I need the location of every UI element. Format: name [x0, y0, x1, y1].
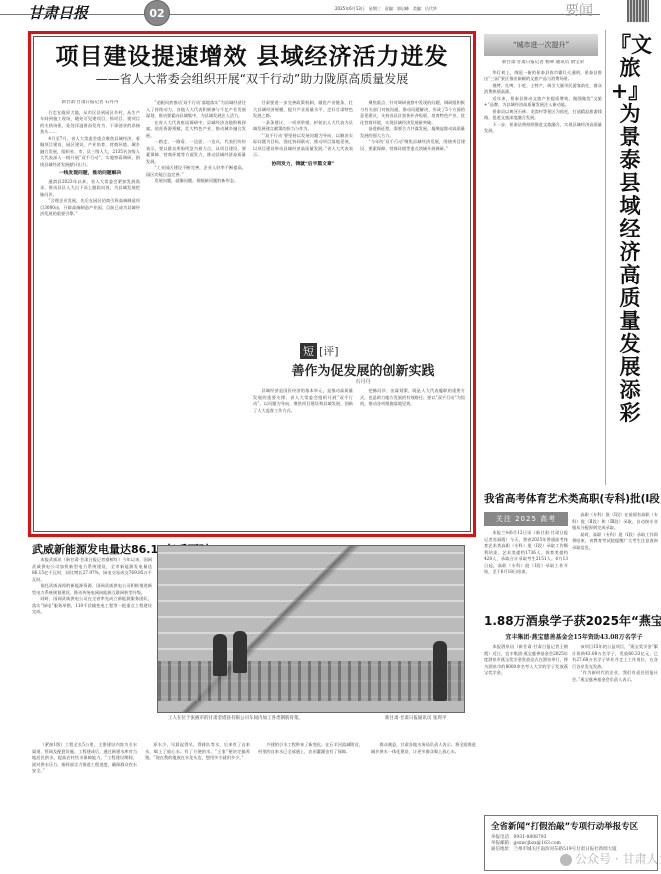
- paragraph: 一路走、一路看、一边思、一边议，代表们纷纷表示，要以群众所盼所急为着力点，从项目…: [146, 139, 246, 165]
- paragraph: 4月至7月，省人大常委会重点聚焦县域经济，着眼项目建设、园区建设、产业培育、营商…: [40, 136, 140, 169]
- section-label: 要闻: [565, 0, 593, 20]
- commentary-tag-text: [评]: [319, 345, 339, 358]
- commentary-title: 善作为促发展的创新实践: [250, 360, 476, 379]
- photo-worker: [213, 634, 227, 676]
- paragraph: 通渭县2023年以来，省人大常委会紧扣发展需求，推动县区人大自下而上跟踪问效，为…: [40, 179, 140, 199]
- paragraph: 同时，国网武威供电公司在全省率先成立新能源服务团队，落实“绿电”服务举措，110…: [32, 596, 152, 616]
- interhead: 协同发力，铸就“后半篇文章”: [253, 161, 353, 168]
- paragraph: 依托武威深厚的新能源资源，国网武威供电公司积极推进新型电力系统规划建设，推动传统…: [32, 583, 152, 596]
- date-editor-line: 2025年6月13日 星期三 责编：郭启峰 美编：岳代华: [335, 6, 437, 12]
- photo-steel-frame: [158, 661, 464, 701]
- paragraph: 该项目15年的公益项目，“燕宝奖学金”累计资助43.08万名学子，发放60.33…: [572, 644, 658, 670]
- qr-code-icon[interactable]: [627, 0, 649, 22]
- photo-worker: [433, 641, 447, 701]
- commentary-column-2: 把脉问诊、出谋划策，既是人大代表履职的重要方式，也是助力地方发展的有效路径。要以…: [360, 388, 465, 528]
- photo-worker: [233, 631, 247, 673]
- lead-subheadline: ——省人大常委会组织开展“双千行动”助力陇原高质量发展: [36, 70, 468, 87]
- paragraph: 发展问题，就像问题。着眼新问题的新形态。: [146, 178, 246, 185]
- feature-byline: 新甘肃·甘肃日报记者 杨翠 通讯员 俞宝荣: [484, 60, 602, 67]
- bottom-column-3: 兴建的引水工程带来了新变化。在石羊河流域附近，村里的自来水已全部通上，农田灌溉也…: [258, 742, 363, 872]
- page-number-badge: 02: [144, 0, 170, 26]
- lead-column-3: 甘肃要进一步完善政策机制，做优产业链条，壮大县域经济规模，提升产业质量水平，走好…: [253, 100, 353, 335]
- paragraph: “作为新时代的企业，我们有责任回报社会。”燕宝慈善基金会负责人表示。: [572, 670, 658, 683]
- bottom-column-1: （紧接1版）工程全长5公里，主要建设内容为引水渠道、管网及配套设施。工程建成后，…: [32, 742, 137, 872]
- bottom-column-4: 群众满意，甘肃各地水务局负责人表示。将全面推进城乡供水一体化建设，让更多群众喝上…: [371, 742, 476, 872]
- watermark: 公众号 · 甘肃人大: [560, 850, 661, 867]
- gaokao-tag: 关注 2025 高考: [484, 512, 568, 526]
- bottom-column-2: 原水少，早晨起得早，得排队等水，后来有了自来水，喝上了放心水。有了方便的水，“王…: [145, 742, 250, 872]
- interhead: 一线发现问题，推动问题解决: [40, 170, 140, 177]
- paragraph: 本报兰州6月12日讯（新甘肃·甘肃日报记者苏丽霞）今天，我省2025年普通高考体…: [484, 530, 568, 576]
- factory-photo: [157, 545, 465, 713]
- feature-vertical-title: 『文旅+』为景泰县域经济高质量发展添彩: [610, 33, 650, 424]
- paragraph: 近年来，景泰县推动文旅产业提质增效，做强做优“文旅+”品牌，为县域经济高质量发展…: [484, 96, 602, 109]
- paragraph: 华灯初上，绵延一新的景泰县夜市繁灯火通明，景泰县推出“三园”景区推出新颖的文旅产…: [484, 70, 602, 83]
- masthead-rule: [0, 14, 600, 15]
- paragraph: 一条条建议、一项项举措，折射出人大代表为县域发展建言献策的担当与作为。: [253, 120, 353, 133]
- lead-column-1: 新甘肃·甘肃日报记者 石丹丹 行走在陇原大地，从市区县到园区乡村，从生产车间到施…: [40, 100, 140, 335]
- paragraph: 奋进新征程，需要合力共谋发展，凝聚起推动高质量发展的强大合力。: [360, 126, 465, 139]
- paragraph: 兴建的引水工程带来了新变化。在石羊河流域附近，村里的自来水已全部通上，农田灌溉也…: [258, 742, 363, 755]
- paragraph: 高职（专科）批（Ⅰ段）在前面有高职（专科）批（Ⅱ段）和（Ⅲ段）录取，自动按专业服…: [572, 512, 658, 532]
- commentary-tag-block: 短: [300, 343, 317, 359]
- feature-banner: “城市进一次提升”: [484, 34, 598, 56]
- paragraph: 把脉问诊、出谋划策，既是人大代表履职的重要方式，也是助力地方发展的有效路径。要以…: [360, 388, 465, 408]
- scholarship-column-1: 本报酒泉讯（新甘肃·甘肃日报记者王朝霞）近日，宜丰集团·燕宝慈善基金会2025年…: [484, 644, 568, 809]
- paragraph: 聚焦重点，针对调研视察中发现的问题，调研组积极与有关部门对接沟通，推动问题解决，…: [360, 100, 465, 126]
- paragraph: 届时，高职（专科）批（Ⅰ段）录取工作即将结束，省教育考试院提醒广大考生注意查询录…: [572, 532, 658, 552]
- masthead-logo: 甘肃日报: [28, 2, 88, 23]
- feature-body: 新甘肃·甘肃日报记者 杨翠 通讯员 俞宝荣 华灯初上，绵延一新的景泰县夜市繁灯火…: [484, 60, 602, 480]
- gaokao-headline: 我省高考体育艺术类高职(专科)批(Ⅰ段)录取结束: [484, 491, 660, 506]
- gaokao-column-1: 本报兰州6月12日讯（新甘肃·甘肃日报记者苏丽霞）今天，我省2025年普通高考体…: [484, 530, 568, 605]
- lead-column-2: “追根问底推动‘双千行动’落地落实”为县域经济注入了持续动力，各地人大代表积极参…: [146, 100, 246, 335]
- paragraph: 下一步，景泰县将持续推进文旅融合，实现县域经济高质量发展。: [484, 122, 602, 135]
- paragraph: “今年的‘双千行动’聚焦县域经济发展，围绕项目建设、要素保障、营商环境等重点领域…: [360, 139, 465, 152]
- commentary-author: 石丹丹: [250, 378, 476, 385]
- paragraph: “追根问底推动‘双千行动’落地落实”为县域经济注入了持续动力，各地人大代表积极参…: [146, 100, 246, 120]
- paragraph: 景泰县以黄河石林、龙湾村等景区为依托，打造精品旅游线路，促进文旅深度融合发展。: [484, 109, 602, 122]
- scholarship-column-2: 该项目15年的公益项目，“燕宝奖学金”累计资助43.08万名学子，发放60.33…: [572, 644, 658, 809]
- report-title: 全省新闻“打假治敲”专项行动举报专区: [491, 820, 651, 832]
- paragraph: 行走在陇原大地，从市区县到园区乡村，从生产车间到施工现场，随处可见建项目、抓项目…: [40, 110, 140, 136]
- paragraph: “工业园区建设不断完善，企业入驻率不断提高，园区功能日益完善。”: [146, 165, 246, 178]
- paragraph: “合理企业发展，先后在园区招商引资高端制造项目3000亩，开辟高端制造产业园，目…: [40, 198, 140, 218]
- paragraph: 原水少，早晨起得早，得排队等水，后来有了自来水，喝上了放心水。有了方便的水，“王…: [145, 742, 250, 762]
- photo-caption: 工人在位于张掖市的甘肃金塔县有限公司车间内加工各类钢筋骨架。: [168, 715, 303, 721]
- column-divider: [605, 30, 606, 485]
- paragraph: 本报酒泉讯（新甘肃·甘肃日报记者王朝霞）近日，宜丰集团·燕宝慈善基金会2025年…: [484, 644, 568, 677]
- commentary-tag: 短[评]: [300, 343, 339, 359]
- paragraph: 在省人大代表座谈调研中，县域经济各地积极探索，依托资源禀赋，壮大特色产业，推动城…: [146, 120, 246, 140]
- commentary-column-1: 县域经济是国民经济的基本单元，是推动高质量发展的重要支撑。省人大常委会组织开展“…: [253, 388, 353, 528]
- paragraph: （紧接1版）工程全长5公里，主要建设内容为引水渠道、管网及配套设施。工程建成后，…: [32, 742, 137, 775]
- scholarship-headline: 1.88万酒泉学子获2025年“燕宝奖学金”: [484, 612, 660, 629]
- photo-credit: 新甘肃·甘肃日报通讯员 张周平: [385, 715, 446, 721]
- scholarship-subheadline: 宜丰集团·燕宝慈善基金会15年资助43.08万名学子: [494, 632, 654, 641]
- paragraph: 县域经济是国民经济的基本单元，是推动高质量发展的重要支撑。省人大常委会组织开展“…: [253, 388, 353, 414]
- lead-byline: 新甘肃·甘肃日报记者 石丹丹: [40, 100, 140, 107]
- paragraph: “‘双千行动’要坚持以发展问题为导向，以解决实际问题为目标，强化协同联动，推动项…: [253, 133, 353, 159]
- lead-headline: 项目建设提速增效 县域经济活力迸发: [36, 38, 468, 71]
- wuwei-body: 本报武威讯（新甘肃·甘肃日报记者俞树红）今年以来，国网武威供电公司加快新型电力系…: [32, 557, 152, 717]
- paragraph: 群众满意，甘肃各地水务局负责人表示。将全面推进城乡供水一体化建设，让更多群众喝上…: [371, 742, 476, 755]
- watermark-text: 公众号 · 甘肃人大: [575, 852, 661, 866]
- paragraph: 本报武威讯（新甘肃·甘肃日报记者俞树红）今年以来，国网武威供电公司加快新型电力系…: [32, 557, 152, 583]
- gaokao-column-2: 高职（专科）批（Ⅰ段）在前面有高职（专科）批（Ⅱ段）和（Ⅲ段）录取，自动按专业服…: [572, 512, 658, 605]
- paragraph: 烧烤、扎啤、小吃、土特产，吸引大量市民游客前往，群众消费热情高涨。: [484, 83, 602, 96]
- paragraph: 甘肃要进一步完善政策机制，做优产业链条，壮大县域经济规模，提升产业质量水平，走好…: [253, 100, 353, 120]
- wechat-icon: [560, 854, 572, 866]
- lead-column-4: 聚焦重点，针对调研视察中发现的问题，调研组积极与有关部门对接沟通，推动问题解决，…: [360, 100, 465, 335]
